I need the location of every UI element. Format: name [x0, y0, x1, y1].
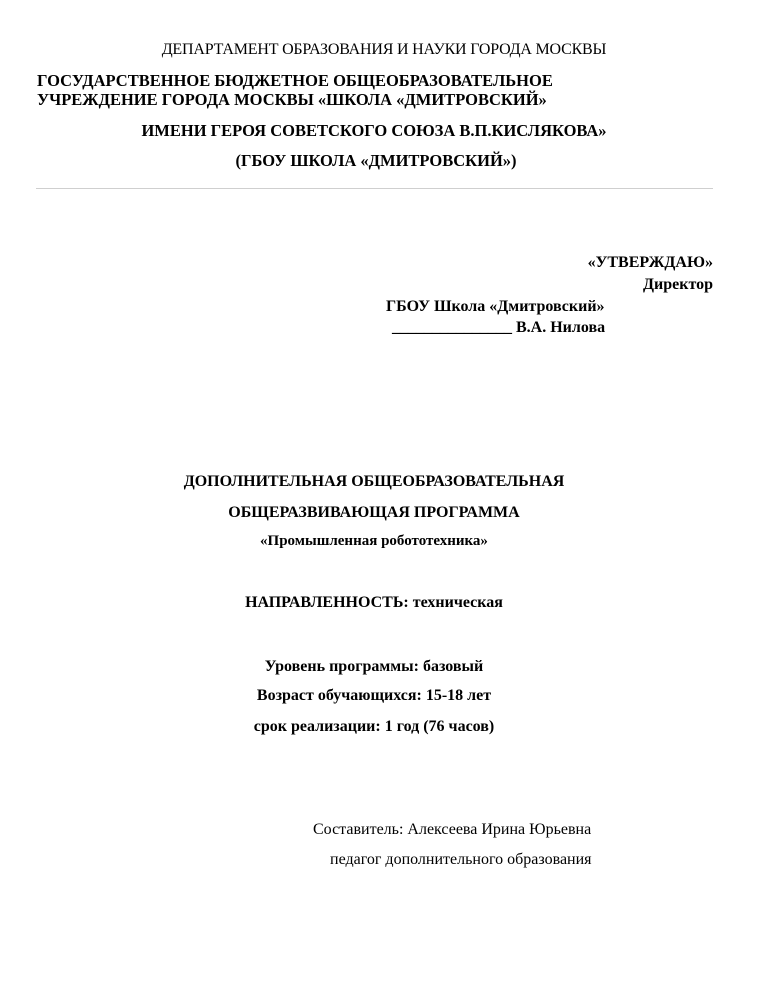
- approval-school: ГБОУ Школа «Дмитровский»: [386, 299, 605, 315]
- program-direction: НАПРАВЛЕННОСТЬ: техническая: [0, 595, 758, 611]
- organization-name-line2: УЧРЕЖДЕНИЕ ГОРОДА МОСКВЫ «ШКОЛА «ДМИТРОВ…: [37, 92, 547, 109]
- compiler-position: педагог дополнительного образования: [330, 852, 592, 868]
- signatory-name: В.А. Нилова: [516, 319, 605, 336]
- approval-signature: _______________ В.А. Нилова: [392, 320, 605, 336]
- direction-label: НАПРАВЛЕННОСТЬ:: [245, 594, 409, 611]
- compiler-name: Составитель: Алексеева Ирина Юрьевна: [313, 822, 591, 838]
- program-term: срок реализации: 1 год (76 часов): [0, 719, 758, 735]
- program-title-line1: ДОПОЛНИТЕЛЬНАЯ ОБЩЕОБРАЗОВАТЕЛЬНАЯ: [0, 474, 758, 490]
- header-divider: [36, 188, 713, 189]
- program-title-line2: ОБЩЕРАЗВИВАЮЩАЯ ПРОГРАММА: [0, 505, 758, 521]
- program-age: Возраст обучающихся: 15-18 лет: [0, 688, 758, 704]
- organization-short-name: (ГБОУ ШКОЛА «ДМИТРОВСКИЙ»): [0, 153, 760, 170]
- approval-role: Директор: [643, 277, 713, 293]
- direction-value: техническая: [413, 594, 503, 611]
- organization-name-line3: ИМЕНИ ГЕРОЯ СОВЕТСКОГО СОЮЗА В.П.КИСЛЯКО…: [0, 123, 758, 140]
- program-level: Уровень программы: базовый: [0, 659, 758, 675]
- program-name: «Промышленная робототехника»: [0, 534, 758, 549]
- signature-line: _______________: [392, 319, 512, 336]
- department-heading: ДЕПАРТАМЕНТ ОБРАЗОВАНИЯ И НАУКИ ГОРОДА М…: [0, 42, 768, 58]
- organization-name-line1: ГОСУДАРСТВЕННОЕ БЮДЖЕТНОЕ ОБЩЕОБРАЗОВАТЕ…: [37, 73, 553, 90]
- approval-stamp: «УТВЕРЖДАЮ»: [588, 255, 713, 271]
